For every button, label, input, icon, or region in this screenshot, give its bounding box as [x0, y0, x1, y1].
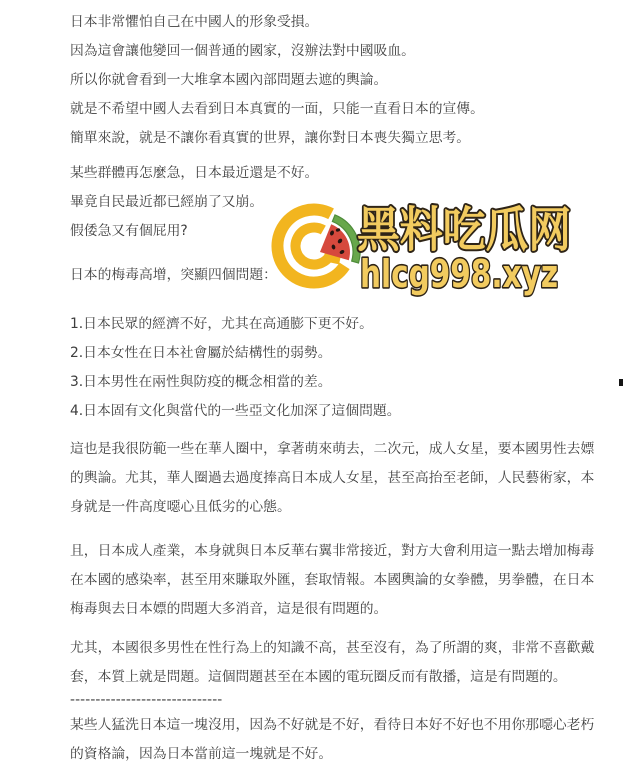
- text-line: 在本國的感染率，甚至用來賺取外匯，套取情報。本國輿論的女拳體，男拳體，在日本: [70, 566, 610, 595]
- text-line: 某些人猛洗日本這一塊沒用，因為不好就是不好，看待日本好不好也不用你那噁心老朽: [70, 711, 610, 740]
- watermark: 黑料吃瓜网 hlcg998.xyz: [270, 196, 582, 300]
- site-logo-icon: [277, 210, 360, 283]
- paragraph: 這也是我很防範一些在華人圈中，拿著萌來萌去，二次元，成人女星，要本國男性去嫖的輿…: [70, 435, 610, 522]
- text-line: 日本非常懼怕自己在中國人的形象受損。: [70, 8, 610, 37]
- text-line: 梅毒與去日本嫖的問題大多消音，這是很有問題的。: [70, 595, 610, 624]
- text-line: 且，日本成人產業，本身就與日本反華右翼非常接近，對方大會利用這一點去增加梅毒: [70, 537, 610, 566]
- text-line: 4.日本固有文化與當代的一些亞文化加深了這個問題。: [70, 397, 610, 426]
- article-body: 日本非常懼怕自己在中國人的形象受損。因為這會讓他變回一個普通的國家，沒辦法對中國…: [0, 0, 623, 779]
- paragraph: 且，日本成人產業，本身就與日本反華右翼非常接近，對方大會利用這一點去增加梅毒在本…: [70, 537, 610, 624]
- text-line: 尤其，本國很多男性在性行為上的知識不高，甚至沒有，為了所謂的爽，非常不喜歡戴: [70, 634, 610, 663]
- text-line: 因為這會讓他變回一個普通的國家，沒辦法對中國吸血。: [70, 37, 610, 66]
- text-line: 所以你就會看到一大堆拿本國內部問題去遮的輿論。: [70, 66, 610, 95]
- paragraph: 某些人猛洗日本這一塊沒用，因為不好就是不好，看待日本好不好也不用你那噁心老朽的資…: [70, 711, 610, 769]
- text-line: 的輿論。尤其，華人圈過去過度捧高日本成人女星，甚至高抬至老師，人民藝術家，本: [70, 464, 610, 493]
- text-line: 某些群體再怎麼急，日本最近還是不好。: [70, 159, 610, 188]
- text-line: 這也是我很防範一些在華人圈中，拿著萌來萌去，二次元，成人女星，要本國男性去嫖: [70, 435, 610, 464]
- text-line: 1.日本民眾的經濟不好，尤其在高通膨下更不好。: [70, 310, 610, 339]
- watermark-site-url: hlcg998.xyz: [360, 252, 558, 296]
- text-line: 身就是一件高度噁心且低劣的心態。: [70, 493, 610, 522]
- text-line: 2.日本女性在日本社會屬於結構性的弱勢。: [70, 339, 610, 368]
- text-line: 簡單來說，就是不讓你看真實的世界，讓你對日本喪失獨立思考。: [70, 124, 610, 153]
- text-line: 3.日本男性在兩性與防疫的概念相當的差。: [70, 368, 610, 397]
- paragraph: 尤其，本國很多男性在性行為上的知識不高，甚至沒有，為了所謂的爽，非常不喜歡戴套，…: [70, 634, 610, 692]
- screen-artifact: [619, 379, 623, 386]
- text-line: 就是不希望中國人去看到日本真實的一面，只能一直看日本的宣傳。: [70, 95, 610, 124]
- paragraph: 日本非常懼怕自己在中國人的形象受損。因為這會讓他變回一個普通的國家，沒辦法對中國…: [70, 8, 610, 153]
- watermark-site-name: 黑料吃瓜网: [357, 202, 571, 258]
- numbered-list-paragraph: 1.日本民眾的經濟不好，尤其在高通膨下更不好。2.日本女性在日本社會屬於結構性的…: [70, 310, 610, 426]
- text-line: 的資格論，因為日本當前這一塊就是不好。: [70, 740, 610, 769]
